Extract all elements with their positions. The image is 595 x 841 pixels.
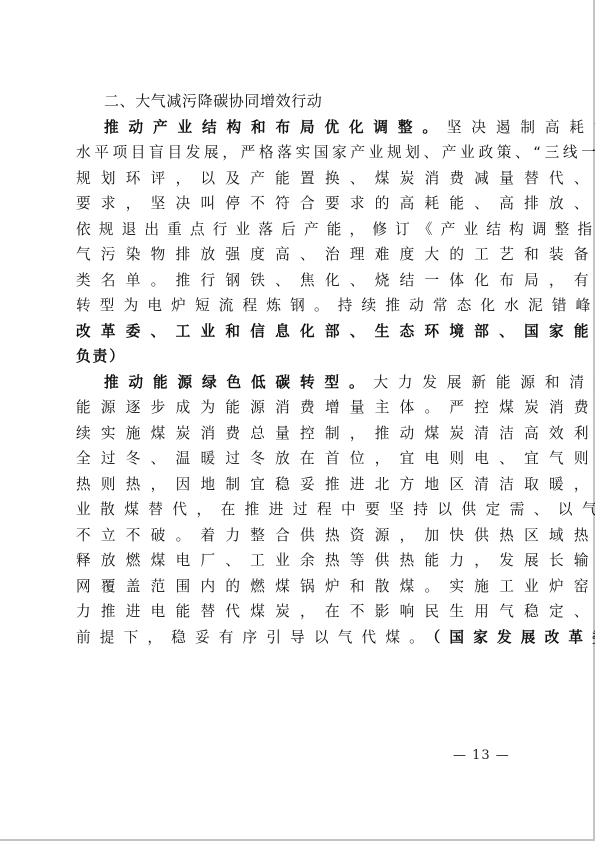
paragraph-2-line-1: 推动能源绿色低碳转型。大力发展新能源和清洁能源，非化石 <box>76 370 519 396</box>
paragraph-1-line: 规划环评，以及产能置换、煤炭消费减量替代、区域污染物削减等 <box>76 166 519 192</box>
paragraph-2-line: 释放燃煤电厂、工业余热等供热能力，发展长输供热项目，淘汰管 <box>76 548 519 574</box>
page-number: — 13 — <box>453 748 510 763</box>
paragraph-2-line: 网覆盖范围内的燃煤锅炉和散煤。实施工业炉窑清洁能源替代，大 <box>76 574 519 600</box>
paragraph-1-line-1: 推动产业结构和布局优化调整。坚决遏制高耗能、高排放、低 <box>76 115 519 141</box>
paragraph-1-line: 依规退出重点行业落后产能，修订《产业结构调整指导目录》，将大 <box>76 217 519 243</box>
paragraph-2-line: 力推进电能替代煤炭，在不影响民生用气稳定、已落实合同气源的 <box>76 599 519 625</box>
paragraph-2-text: 大力发展新能源和清洁能源，非化石 <box>373 374 595 391</box>
paragraph-1-line-8: 转型为电炉短流程炼钢。持续推动常态化水泥错峰生产。（国家发展 <box>76 293 519 319</box>
paragraph-2-text: 前提下，稳妥有序引导以气代煤。 <box>76 629 433 646</box>
paragraph-2-line: 业散煤替代，在推进过程中要坚持以供定需、以气定改、先立后破、 <box>76 497 519 523</box>
paragraph-1-line: 要求，坚决叫停不符合要求的高耗能、高排放、低水平项目。依法 <box>76 191 519 217</box>
document-page: 二、大气减污降碳协同增效行动 推动产业结构和布局优化调整。坚决遏制高耗能、高排放… <box>0 0 595 841</box>
paragraph-1-lead: 推动产业结构和布局优化调整。 <box>104 119 447 136</box>
responsible-agencies: 改革委、工业和信息化部、生态环境部、国家能源局等按职责分工 <box>76 319 519 345</box>
paragraph-1-line: 类名单。推行钢铁、焦化、烧结一体化布局，有序推动长流程炼钢 <box>76 268 519 294</box>
paragraph-1-line: 水平项目盲目发展，严格落实国家产业规划、产业政策、“三线一单”、 <box>76 140 519 166</box>
section-heading: 二、大气减污降碳协同增效行动 <box>76 89 519 115</box>
paragraph-2-lead: 推动能源绿色低碳转型。 <box>104 374 373 391</box>
paragraph-2-line: 续实施煤炭消费总量控制，推动煤炭清洁高效利用。将确保群众安 <box>76 421 519 447</box>
paragraph-2-line: 全过冬、温暖过冬放在首位，宜电则电、宜气则气、宜煤则煤、宜 <box>76 446 519 472</box>
paragraph-1-text: 转型为电炉短流程炼钢。持续推动常态化水泥错峰生产。 <box>76 297 595 314</box>
responsible-agencies: （国家发展改革委、财政部、工业 <box>433 629 595 646</box>
paragraph-1-text: 坚决遏制高耗能、高排放、低 <box>447 119 595 136</box>
responsible-agencies: 负责） <box>76 344 519 370</box>
paragraph-2-line: 热则热，因地制宜稳妥推进北方地区清洁取暖，有序实施民用和农 <box>76 472 519 498</box>
paragraph-2-line: 能源逐步成为能源消费增量主体。严控煤炭消费增长，重点区域继 <box>76 395 519 421</box>
paragraph-1-line: 气污染物排放强度高、治理难度大的工艺和装备纳入淘汰类或限制 <box>76 242 519 268</box>
paragraph-2-line: 不立不破。着力整合供热资源，加快供热区域热网互联互通，充分 <box>76 523 519 549</box>
paragraph-2-line-11: 前提下，稳妥有序引导以气代煤。（国家发展改革委、财政部、工业 <box>76 625 519 651</box>
page-content: 二、大气减污降碳协同增效行动 推动产业结构和布局优化调整。坚决遏制高耗能、高排放… <box>76 89 519 650</box>
